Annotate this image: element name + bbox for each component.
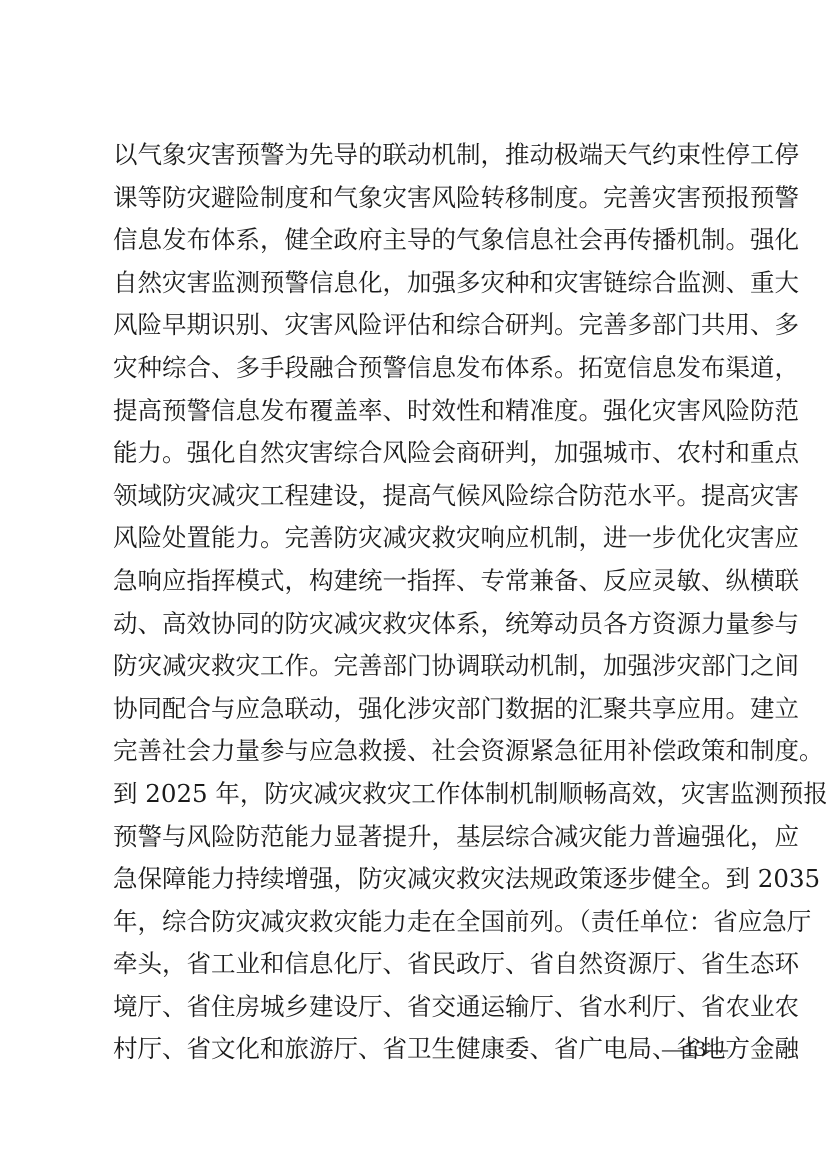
text-line: 能力。强化自然灾害综合风险会商研判，加强城市、农村和重点 bbox=[113, 432, 725, 475]
text-line: 完善社会力量参与应急救援、社会资源紧急征用补偿政策和制度。 bbox=[113, 730, 725, 773]
text-line: 村厅、省文化和旅游厅、省卫生健康委、省广电局、省地方金融 bbox=[113, 1028, 725, 1071]
text-line: 年，综合防灾减灾救灾能力走在全国前列。（责任单位：省应急厅 bbox=[113, 901, 725, 944]
text-line: 急保障能力持续增强，防灾减灾救灾法规政策逐步健全。到 2035 bbox=[113, 858, 725, 901]
body-paragraph: 以气象灾害预警为先导的联动机制，推动极端天气约束性停工停 课等防灾避险制度和气象… bbox=[113, 134, 725, 1071]
text-line: 牵头，省工业和信息化厅、省民政厅、省自然资源厅、省生态环 bbox=[113, 943, 725, 986]
document-page: 以气象灾害预警为先导的联动机制，推动极端天气约束性停工停 课等防灾避险制度和气象… bbox=[0, 0, 826, 1169]
text-line: 领域防灾减灾工程建设，提高气候风险综合防范水平。提高灾害 bbox=[113, 475, 725, 518]
text-line: 提高预警信息发布覆盖率、时效性和精准度。强化灾害风险防范 bbox=[113, 390, 725, 433]
text-line: 急响应指挥模式，构建统一指挥、专常兼备、反应灵敏、纵横联 bbox=[113, 560, 725, 603]
text-line: 以气象灾害预警为先导的联动机制，推动极端天气约束性停工停 bbox=[113, 134, 725, 177]
text-line: 防灾减灾救灾工作。完善部门协调联动机制，加强涉灾部门之间 bbox=[113, 645, 725, 688]
text-line: 信息发布体系，健全政府主导的气象信息社会再传播机制。强化 bbox=[113, 219, 725, 262]
text-line: 协同配合与应急联动，强化涉灾部门数据的汇聚共享应用。建立 bbox=[113, 688, 725, 731]
text-line: 课等防灾避险制度和气象灾害风险转移制度。完善灾害预报预警 bbox=[113, 177, 725, 220]
text-line: 风险处置能力。完善防灾减灾救灾响应机制，进一步优化灾害应 bbox=[113, 517, 725, 560]
text-line: 灾种综合、多手段融合预警信息发布体系。拓宽信息发布渠道， bbox=[113, 347, 725, 390]
text-line: 境厅、省住房城乡建设厅、省交通运输厅、省水利厅、省农业农 bbox=[113, 986, 725, 1029]
text-line: 预警与风险防范能力显著提升，基层综合减灾能力普遍强化，应 bbox=[113, 816, 725, 859]
text-line: 到 2025 年，防灾减灾救灾工作体制机制顺畅高效，灾害监测预报 bbox=[113, 773, 725, 816]
text-line: 风险早期识别、灾害风险评估和综合研判。完善多部门共用、多 bbox=[113, 304, 725, 347]
text-line: 动、高效协同的防灾减灾救灾体系，统筹动员各方资源力量参与 bbox=[113, 603, 725, 646]
page-number: —13— bbox=[660, 1036, 728, 1062]
text-line: 自然灾害监测预警信息化，加强多灾种和灾害链综合监测、重大 bbox=[113, 262, 725, 305]
